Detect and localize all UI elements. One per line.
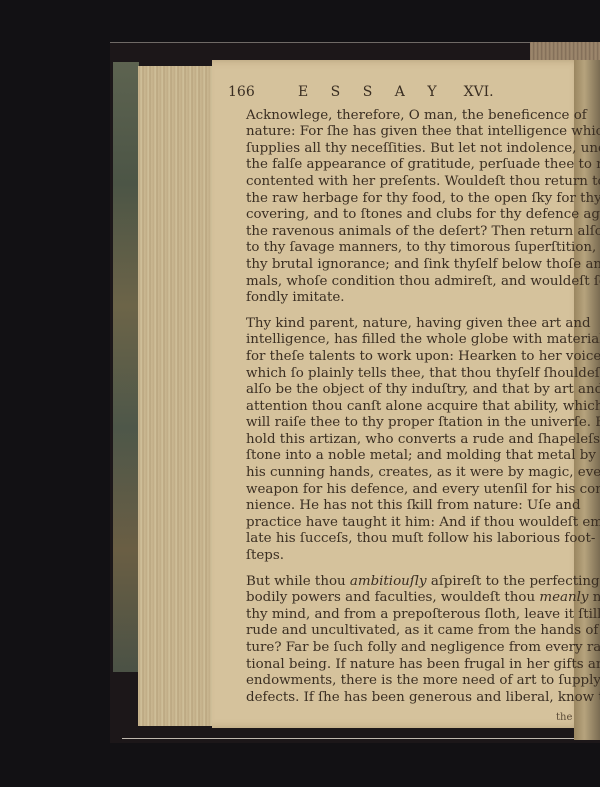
text-line: ſteps. bbox=[228, 548, 572, 565]
text-line: tional being. If nature has been frugal … bbox=[228, 657, 572, 674]
text-line: bodily powers and faculties, wouldeſt th… bbox=[228, 590, 572, 607]
text-line: nience. He has not this ſkill from natur… bbox=[228, 498, 572, 515]
text-line: But while thou ambitiouſly aſpireſt to t… bbox=[228, 574, 572, 591]
essay-number: XVI. bbox=[464, 84, 494, 101]
body-paragraphs: Acknowlege, therefore, O man, the benefi… bbox=[228, 108, 572, 707]
text-line: covering, and to ſtones and clubs for th… bbox=[228, 207, 572, 224]
text-line: mals, whoſe condition thou admireſt, and… bbox=[228, 274, 572, 291]
text-line: rude and uncultivated, as it came from t… bbox=[228, 623, 572, 640]
text-line: ſtone into a noble metal; and molding th… bbox=[228, 448, 572, 465]
text-line: nature: For ſhe has given thee that inte… bbox=[228, 124, 572, 141]
paragraph: Acknowlege, therefore, O man, the benefi… bbox=[228, 108, 572, 307]
text-line: practice have taught it him: And if thou… bbox=[228, 515, 572, 532]
headband bbox=[530, 42, 600, 62]
text-line: intelligence, has filled the whole globe… bbox=[228, 332, 572, 349]
text-line: attention thou canſt alone acquire that … bbox=[228, 399, 572, 416]
paragraph: Thy kind parent, nature, having given th… bbox=[228, 316, 572, 565]
text-line: fondly imitate. bbox=[228, 290, 572, 307]
text-line: endowments, there is the more need of ar… bbox=[228, 673, 572, 690]
text-line: Acknowlege, therefore, O man, the benefi… bbox=[228, 108, 572, 125]
running-head: 166 E S S A Y XVI. bbox=[228, 84, 572, 101]
italic-word: ambitiouſly bbox=[350, 574, 427, 589]
text-line: late his ſucceſs, thou muſt follow his l… bbox=[228, 531, 572, 548]
italic-word: meanly bbox=[539, 590, 588, 605]
text-line: thy mind, and from a prepoſterous ſloth,… bbox=[228, 607, 572, 624]
text-line: ture? Far be ſuch folly and negligence f… bbox=[228, 640, 572, 657]
page-number: 166 bbox=[228, 84, 298, 101]
text-line: which ſo plainly tells thee, that thou t… bbox=[228, 366, 572, 383]
cover-gilt-line bbox=[122, 738, 600, 739]
text-line: ſupplies all thy neceſſities. But let no… bbox=[228, 141, 572, 158]
page-block-edges bbox=[138, 66, 214, 726]
text-line: for theſe talents to work upon: Hearken … bbox=[228, 349, 572, 366]
text-line: Thy kind parent, nature, having given th… bbox=[228, 316, 572, 333]
text-line: his cunning hands, creates, as it were b… bbox=[228, 465, 572, 482]
paragraph: But while thou ambitiouſly aſpireſt to t… bbox=[228, 574, 572, 707]
marbled-endpaper bbox=[113, 62, 139, 672]
text-line: weapon for his defence, and every utenſi… bbox=[228, 482, 572, 499]
text-line: the ravenous animals of the deſert? Then… bbox=[228, 224, 572, 241]
text-line: thy brutal ignorance; and ſink thyſelf b… bbox=[228, 257, 572, 274]
text-line: defects. If ſhe has been generous and li… bbox=[228, 690, 572, 707]
text-line: will raiſe thee to thy proper ſtation in… bbox=[228, 415, 572, 432]
text-line: hold this artizan, who converts a rude a… bbox=[228, 432, 572, 449]
text-line: alſo be the object of thy induſtry, and … bbox=[228, 382, 572, 399]
page-text: 166 E S S A Y XVI. Acknowlege, therefore… bbox=[228, 84, 572, 706]
essay-title: E S S A Y bbox=[298, 84, 446, 101]
catchword: the bbox=[556, 712, 572, 723]
text-line: contented with her preſents. Wouldeſt th… bbox=[228, 174, 572, 191]
text-line: the raw herbage for thy food, to the ope… bbox=[228, 191, 572, 208]
text-line: the falſe appearance of gratitude, perſu… bbox=[228, 157, 572, 174]
text-line: to thy ſavage manners, to thy timorous ſ… bbox=[228, 240, 572, 257]
